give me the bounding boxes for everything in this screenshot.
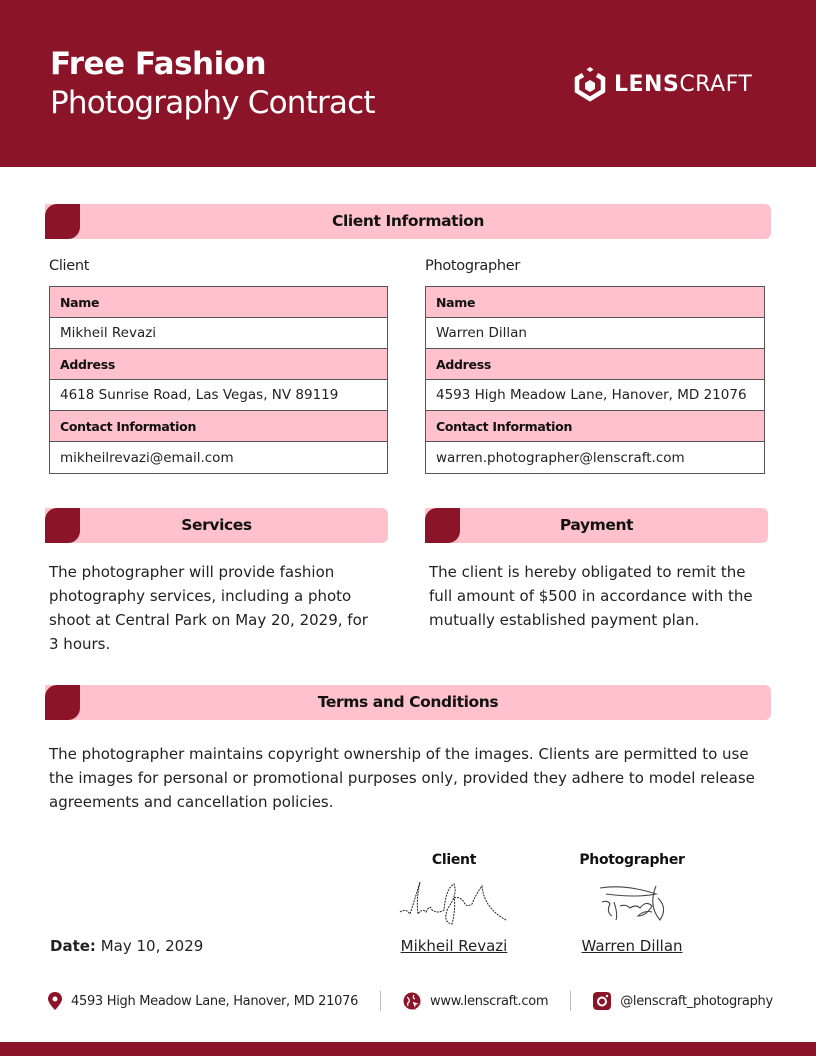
footer-divider — [380, 991, 381, 1011]
client-name-value: Mikheil Revazi — [50, 318, 387, 349]
footer-social[interactable]: @lenscraft_photography — [593, 992, 773, 1010]
footer-contact-bar: 4593 High Meadow Lane, Hanover, MD 21076… — [48, 990, 773, 1012]
instagram-icon — [593, 992, 611, 1010]
hexagon-lens-icon — [574, 66, 606, 102]
section-payment: Payment — [425, 508, 768, 543]
client-signature-image — [398, 878, 508, 928]
footer-bottom-bar — [0, 1042, 816, 1056]
section-title: Services — [45, 508, 388, 543]
client-info-table: Name Mikheil Revazi Address 4618 Sunrise… — [49, 286, 388, 474]
table-header-contact: Contact Information — [426, 411, 764, 442]
photographer-info-table: Name Warren Dillan Address 4593 High Mea… — [425, 286, 765, 474]
client-contact-value: mikheilrevazi@email.com — [50, 442, 387, 473]
photographer-signature-image — [596, 882, 670, 926]
table-header-name: Name — [50, 287, 387, 318]
client-label: Client — [49, 258, 89, 274]
photographer-address-value: 4593 High Meadow Lane, Hanover, MD 21076 — [426, 380, 764, 411]
lenscraft-logo: LENSCRAFT — [574, 66, 752, 102]
payment-text: The client is hereby obligated to remit … — [429, 560, 759, 632]
title-line-2: Photography Contract — [50, 85, 375, 121]
section-services: Services — [45, 508, 388, 543]
client-signature-label: Client — [394, 852, 514, 868]
contract-date: Date: May 10, 2029 — [50, 937, 203, 955]
table-header-contact: Contact Information — [50, 411, 387, 442]
footer-website[interactable]: www.lenscraft.com — [403, 992, 548, 1010]
table-header-name: Name — [426, 287, 764, 318]
photographer-signature-name: Warren Dillan — [572, 937, 692, 955]
footer-divider — [570, 991, 571, 1011]
section-title: Client Information — [45, 204, 771, 239]
globe-cursor-icon — [403, 992, 421, 1010]
footer-address: 4593 High Meadow Lane, Hanover, MD 21076 — [48, 992, 358, 1010]
terms-text: The photographer maintains copyright own… — [49, 742, 759, 814]
section-client-information: Client Information — [45, 204, 771, 239]
client-signature-name: Mikheil Revazi — [394, 937, 514, 955]
client-address-value: 4618 Sunrise Road, Las Vegas, NV 89119 — [50, 380, 387, 411]
logo-wordmark: LENSCRAFT — [614, 72, 752, 97]
section-title: Terms and Conditions — [45, 685, 771, 720]
photographer-label: Photographer — [425, 258, 520, 274]
title-line-1: Free Fashion — [50, 46, 266, 82]
photographer-name-value: Warren Dillan — [426, 318, 764, 349]
photographer-signature-label: Photographer — [572, 852, 692, 868]
section-terms: Terms and Conditions — [45, 685, 771, 720]
table-header-address: Address — [50, 349, 387, 380]
section-title: Payment — [425, 508, 768, 543]
photographer-contact-value: warren.photographer@lenscraft.com — [426, 442, 764, 473]
map-pin-icon — [48, 992, 62, 1010]
services-text: The photographer will provide fashion ph… — [49, 560, 379, 656]
table-header-address: Address — [426, 349, 764, 380]
header-banner: Free Fashion Photography Contract LENSCR… — [0, 0, 816, 167]
